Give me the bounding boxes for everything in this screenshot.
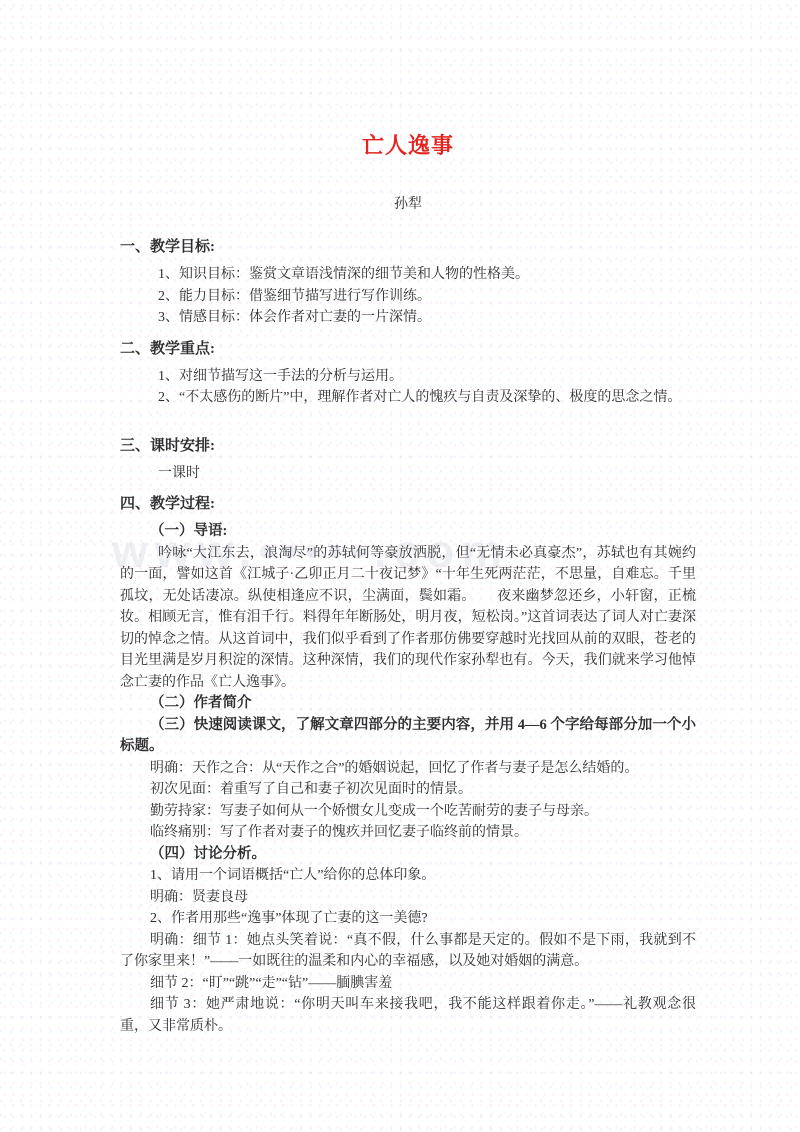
- objective-ability: 2、能力目标：借鉴细节描写进行写作训练。: [120, 286, 696, 308]
- author-name: 孙犁: [120, 194, 696, 215]
- part-summary-2: 初次见面：着重写了自己和妻子初次见面时的情景。: [120, 779, 696, 801]
- discussion-question-2: 2、作者用那些“逸事”体现了亡妻的这一美德?: [120, 908, 696, 930]
- lead-in-paragraph: 吟咏“大江东去，浪淘尽”的苏轼何等豪放洒脱，但“无情未必真豪杰”，苏轼也有其婉约…: [120, 543, 696, 694]
- heading-key-points: 二、教学重点:: [120, 338, 696, 360]
- detail-2: 细节 2：“盯”“跳”“走”“钻”——腼腆害羞: [120, 973, 696, 995]
- part-summary-4: 临终痛别：写了作者对妻子的愧疚并回忆妻子临终前的情景。: [120, 822, 696, 844]
- document-page: www.•••••.com 亡人逸事 孙犁 一、教学目标: 1、知识目标：鉴赏文…: [0, 0, 800, 1132]
- objective-knowledge: 1、知识目标：鉴赏文章语浅情深的细节美和人物的性格美。: [120, 264, 696, 286]
- schedule-value: 一课时: [120, 463, 696, 485]
- key-point-2: 2、“不太感伤的断片”中，理解作者对亡人的愧疚与自责及深挚的、极度的思念之情。: [120, 387, 696, 409]
- heading-process: 四、教学过程:: [120, 493, 696, 515]
- heading-objectives: 一、教学目标:: [120, 236, 696, 258]
- doc-title: 亡人逸事: [120, 132, 696, 160]
- subheading-author-intro: （二）作者简介: [120, 693, 696, 715]
- reading-task: （三）快速阅读课文，了解文章四部分的主要内容，并用 4—6 个字给每部分加一个小…: [120, 715, 696, 758]
- detail-3: 细节 3：她严肃地说：“你明天叫车来接我吧，我不能这样跟着你走。”——礼教观念很…: [120, 994, 696, 1037]
- key-point-1: 1、对细节描写这一手法的分析与运用。: [120, 366, 696, 388]
- subheading-discussion: （四）讨论分析。: [120, 844, 696, 866]
- heading-schedule: 三、课时安排:: [120, 435, 696, 457]
- detail-1: 明确：细节 1：她点头笑着说：“真不假，什么事都是天定的。假如不是下雨，我就到不…: [120, 930, 696, 973]
- part-summary-1: 明确：天作之合：从“天作之合”的婚姻说起，回忆了作者与妻子是怎么结婚的。: [120, 758, 696, 780]
- discussion-question-1: 1、请用一个词语概括“亡人”给你的总体印象。: [120, 865, 696, 887]
- objective-emotion: 3、情感目标：体会作者对亡妻的一片深情。: [120, 307, 696, 329]
- discussion-answer-1: 明确：贤妻良母: [120, 887, 696, 909]
- part-summary-3: 勤劳持家：写妻子如何从一个娇惯女儿变成一个吃苦耐劳的妻子与母亲。: [120, 801, 696, 823]
- subheading-lead-in: （一）导语:: [120, 521, 696, 543]
